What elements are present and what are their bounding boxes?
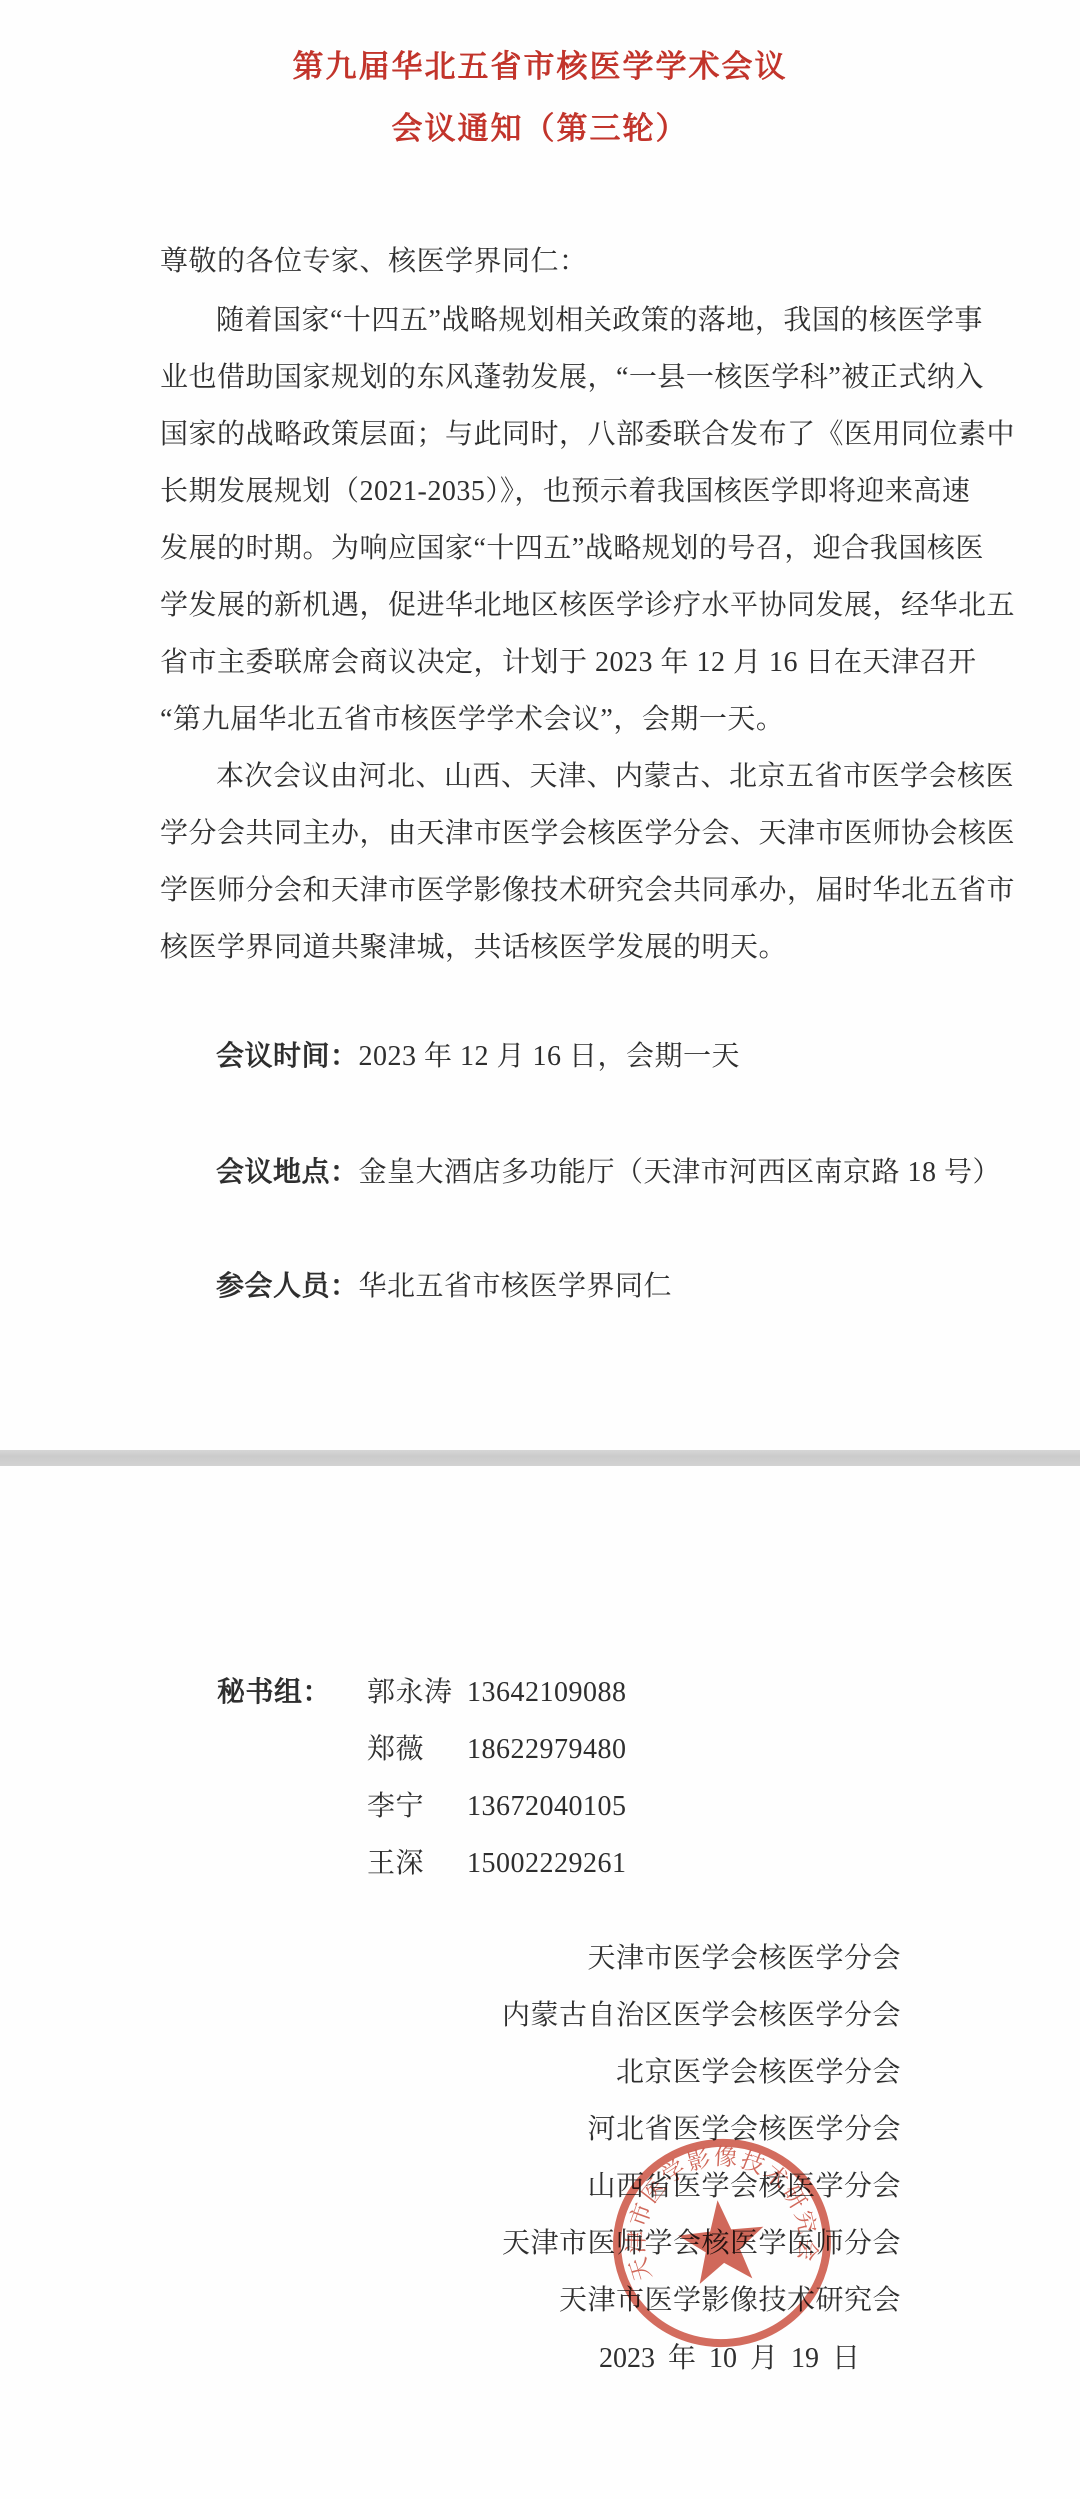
paragraph-line: 长期发展规划（2021-2035）》，也预示着我国核医学即将迎来高速 (160, 463, 935, 520)
paragraph-line: 核医学界同道共聚津城，共话核医学发展的明天。 (160, 919, 935, 976)
paragraph-line: 随着国家“十四五”战略规划相关政策的落地，我国的核医学事 (160, 292, 935, 349)
meeting-place-value: 金皇大酒店多功能厅（天津市河西区南京路 18 号） (359, 1157, 1002, 1188)
secretary-row: 郑薇 18622979480 (217, 1721, 627, 1778)
stamp-star (675, 2196, 769, 2286)
member-phone: 18622979480 (467, 1721, 627, 1778)
secretary-row: 秘书组： 郭永涛 13642109088 (217, 1664, 627, 1721)
member-phone: 13672040105 (467, 1778, 627, 1835)
member-name: 李宁 (367, 1778, 467, 1835)
paragraph-2: 本次会议由河北、山西、天津、内蒙古、北京五省市医学会核医 学分会共同主办，由天津… (160, 748, 935, 976)
attendees-label: 参会人员： (216, 1271, 359, 1302)
page-divider (0, 1450, 1080, 1466)
signature-line: 天津市医学会核医学分会 (0, 1930, 901, 1987)
meeting-time-label: 会议时间： (216, 1041, 359, 1072)
meeting-time-value: 2023 年 12 月 16 日，会期一天 (359, 1041, 741, 1072)
title-block: 第九届华北五省市核医学学术会议 会议通知（第三轮） (0, 36, 1080, 160)
secretary-row: 李宁 13672040105 (217, 1778, 627, 1835)
secretary-row: 王深 15002229261 (217, 1835, 627, 1892)
member-phone: 13642109088 (467, 1664, 627, 1721)
notice-subtitle: 会议通知（第三轮） (0, 98, 1080, 160)
paragraph-line: “第九届华北五省市核医学学术会议”，会期一天。 (160, 691, 935, 748)
member-name: 郑薇 (367, 1721, 467, 1778)
conference-title: 第九届华北五省市核医学学术会议 (0, 36, 1080, 98)
greeting-line: 尊敬的各位专家、核医学界同仁： (160, 233, 588, 290)
paragraph-line: 发展的时期。为响应国家“十四五”战略规划的号召，迎合我国核医 (160, 520, 935, 577)
member-phone: 15002229261 (467, 1835, 627, 1892)
official-stamp: 天津市医学影像技术研究会 (595, 2120, 849, 2365)
member-name: 郭永涛 (367, 1664, 467, 1721)
secretary-section: 秘书组： 郭永涛 13642109088 郑薇 18622979480 李宁 1… (217, 1664, 627, 1892)
attendees-value: 华北五省市核医学界同仁 (359, 1271, 673, 1302)
paragraph-line: 省市主委联席会商议决定，计划于 2023 年 12 月 16 日在天津召开 (160, 634, 935, 691)
signature-line: 内蒙古自治区医学会核医学分会 (0, 1987, 901, 2044)
paragraph-line: 学医师分会和天津市医学影像技术研究会共同承办，届时华北五省市 (160, 862, 935, 919)
paragraph-line: 国家的战略政策层面；与此同时，八部委联合发布了《医用同位素中 (160, 406, 935, 463)
attendees-row: 参会人员：华北五省市核医学界同仁 (160, 1258, 672, 1315)
meeting-place-label: 会议地点： (216, 1157, 359, 1188)
member-name: 王深 (367, 1835, 467, 1892)
paragraph-1: 随着国家“十四五”战略规划相关政策的落地，我国的核医学事 业也借助国家规划的东风… (160, 292, 935, 748)
signature-line: 北京医学会核医学分会 (0, 2044, 901, 2101)
meeting-place-row: 会议地点：金皇大酒店多功能厅（天津市河西区南京路 18 号） (160, 1144, 1001, 1201)
document-page: 第九届华北五省市核医学学术会议 会议通知（第三轮） 尊敬的各位专家、核医学界同仁… (0, 0, 1080, 2499)
paragraph-line: 本次会议由河北、山西、天津、内蒙古、北京五省市医学会核医 (160, 748, 935, 805)
paragraph-line: 学分会共同主办，由天津市医学会核医学分会、天津市医师协会核医 (160, 805, 935, 862)
paragraph-line: 业也借助国家规划的东风蓬勃发展，“一县一核医学科”被正式纳入 (160, 349, 935, 406)
paragraph-line: 学发展的新机遇，促进华北地区核医学诊疗水平协同发展，经华北五 (160, 577, 935, 634)
meeting-time-row: 会议时间：2023 年 12 月 16 日，会期一天 (160, 1028, 740, 1085)
secretary-label: 秘书组： (217, 1664, 367, 1721)
